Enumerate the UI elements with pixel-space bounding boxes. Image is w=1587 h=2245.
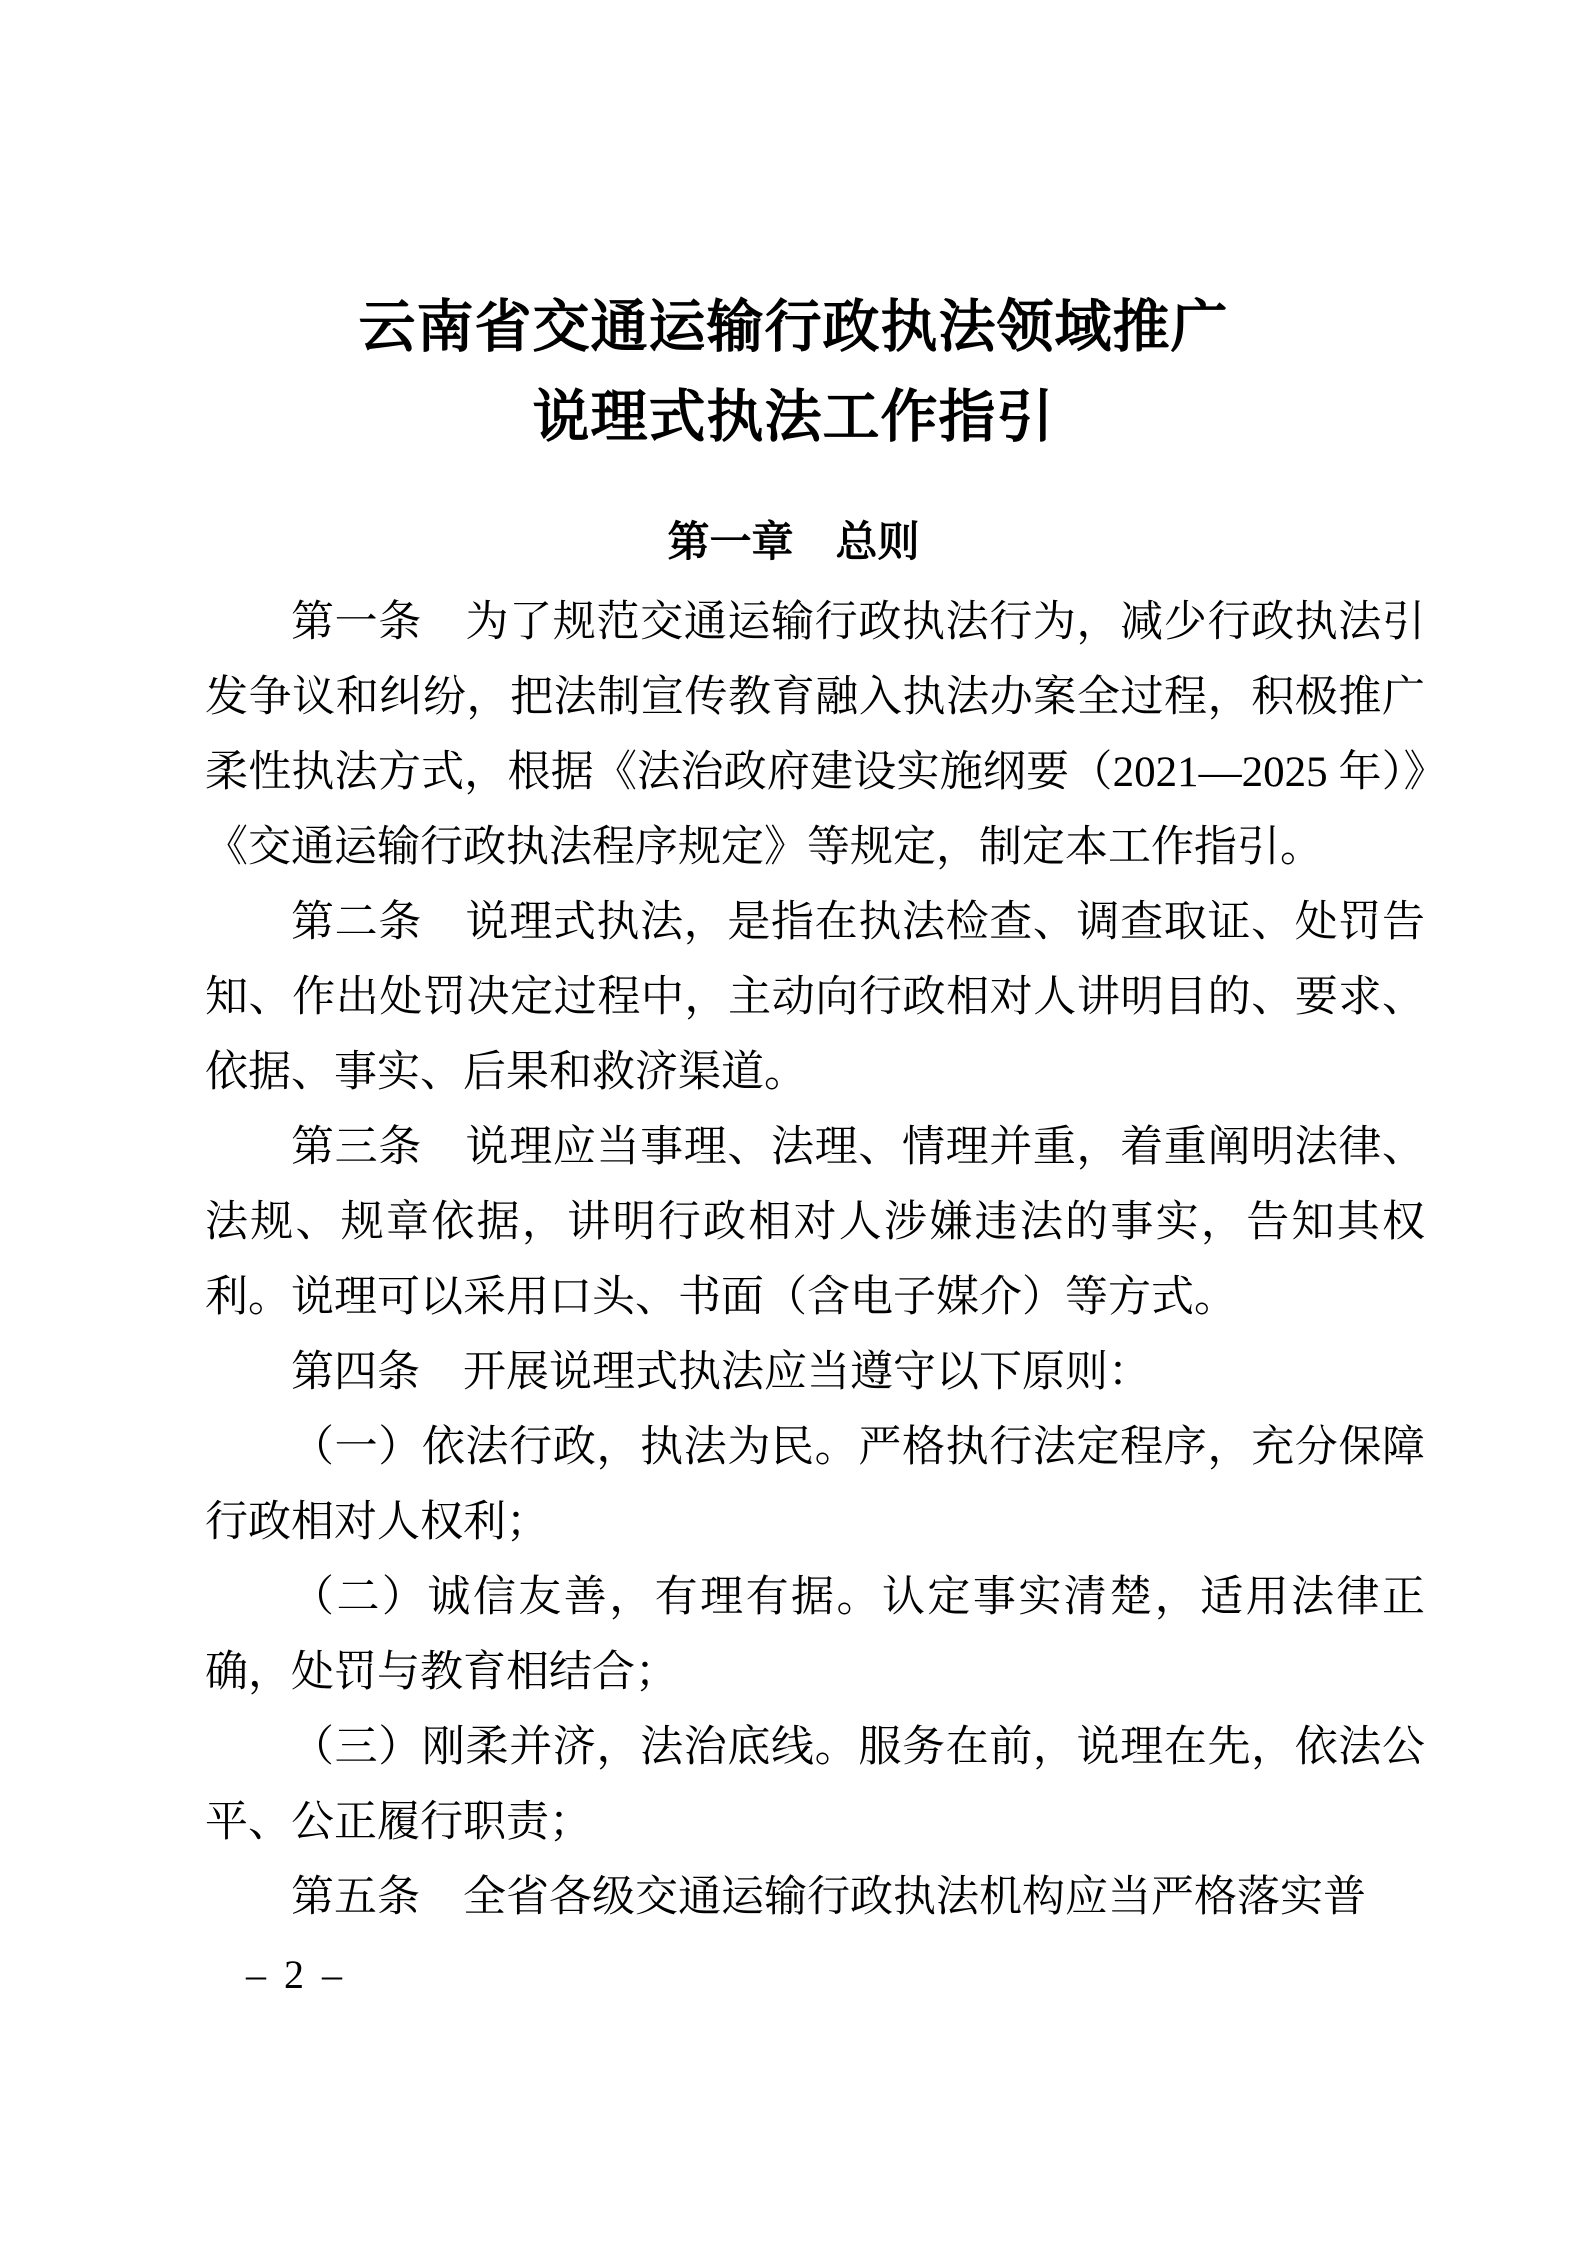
paragraph-principle-2: （二）诚信友善，有理有据。认定事实清楚，适用法律正确，处罚与教育相结合； (205, 1560, 1425, 1710)
paragraph-article-3: 第三条 说理应当事理、法理、情理并重，着重阐明法律、法规、规章依据，讲明行政相对… (205, 1110, 1425, 1335)
paragraph-article-1: 第一条 为了规范交通运输行政执法行为，减少行政执法引发争议和纠纷，把法制宣传教育… (205, 585, 1425, 885)
paragraph-article-4: 第四条 开展说理式执法应当遵守以下原则： (205, 1335, 1425, 1410)
document-title-line2: 说理式执法工作指引 (0, 373, 1587, 463)
paragraph-principle-1: （一）依法行政，执法为民。严格执行法定程序，充分保障行政相对人权利； (205, 1410, 1425, 1560)
paragraph-article-2: 第二条 说理式执法，是指在执法检查、调查取证、处罚告知、作出处罚决定过程中，主动… (205, 885, 1425, 1110)
page-number: – 2 – (246, 1952, 346, 1998)
document-title-line1: 云南省交通运输行政执法领域推广 (0, 283, 1587, 373)
document-page: 云南省交通运输行政执法领域推广 说理式执法工作指引 第一章 总则 第一条 为了规… (0, 0, 1587, 2245)
document-title: 云南省交通运输行政执法领域推广 说理式执法工作指引 (0, 283, 1587, 463)
paragraph-article-5: 第五条 全省各级交通运输行政执法机构应当严格落实普 (205, 1860, 1425, 1935)
paragraph-principle-3: （三）刚柔并济，法治底线。服务在前，说理在先，依法公平、公正履行职责； (205, 1710, 1425, 1860)
chapter-heading: 第一章 总则 (0, 512, 1587, 572)
document-body: 第一条 为了规范交通运输行政执法行为，减少行政执法引发争议和纠纷，把法制宣传教育… (205, 585, 1425, 1935)
